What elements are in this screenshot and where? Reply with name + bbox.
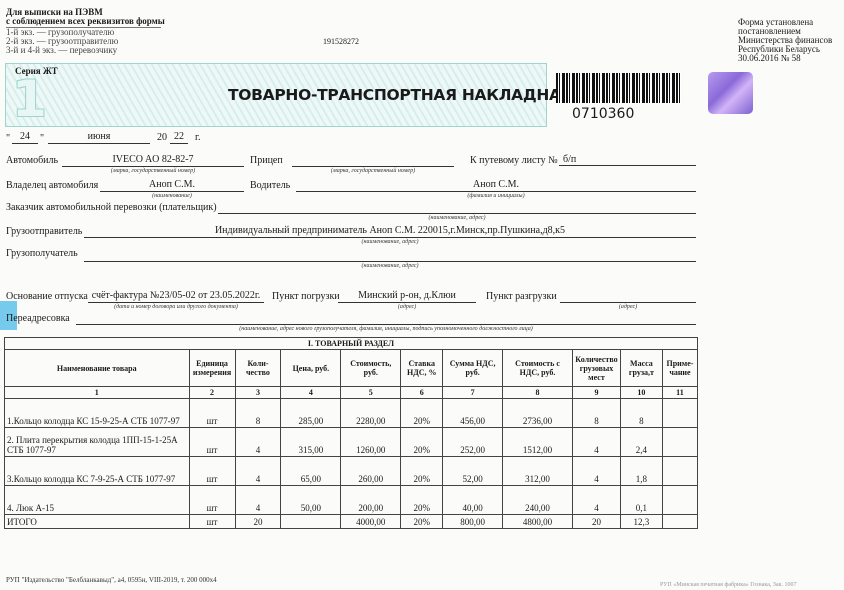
loading-label: Пункт погрузки — [272, 291, 340, 302]
date-day-field[interactable]: 24 — [12, 131, 38, 144]
table-row: 4. Люк А-15шт450,00200,0020%40,00240,004… — [5, 486, 698, 515]
table-cell: 260,00 — [341, 457, 401, 486]
total-cell — [662, 515, 697, 529]
table-cell: 65,00 — [281, 457, 341, 486]
table-cell: 1,8 — [620, 457, 662, 486]
total-cell: шт — [189, 515, 235, 529]
hologram-icon — [708, 72, 753, 114]
table-cell: 1.Кольцо колодца КС 15-9-25-А СТБ 1077-9… — [5, 399, 190, 428]
table-cell: шт — [189, 457, 235, 486]
column-number: 9 — [572, 387, 620, 399]
trailer-field[interactable] — [292, 154, 454, 167]
table-cell: 20% — [401, 486, 443, 515]
copy-number: 1 — [12, 74, 47, 124]
table-cell: 8 — [572, 399, 620, 428]
col-header-note: Приме-чание — [662, 350, 697, 387]
readdress-field[interactable] — [76, 312, 696, 325]
date-quote-open: " — [6, 133, 10, 144]
table-cell: 3.Кольцо колодца КС 7-9-25-А СТБ 1077-97 — [5, 457, 190, 486]
column-number: 4 — [281, 387, 341, 399]
table-cell: 312,00 — [503, 457, 573, 486]
waybill-label: К путевому листу № — [470, 155, 558, 166]
total-cell: 12,3 — [620, 515, 662, 529]
table-cell: 20% — [401, 399, 443, 428]
trailer-hint: (марка, государственный номер) — [292, 168, 454, 174]
loading-field[interactable]: Минский р-он, д.Клюи — [338, 290, 476, 303]
table-cell: 315,00 — [281, 428, 341, 457]
col-header-vat-sum: Сумма НДС, руб. — [443, 350, 503, 387]
table-cell: 2736,00 — [503, 399, 573, 428]
table-row: 1.Кольцо колодца КС 15-9-25-А СТБ 1077-9… — [5, 399, 698, 428]
instruction-line-2: с соблюдением всех реквизитов формы — [6, 16, 165, 26]
consignee-hint: (наименование, адрес) — [84, 263, 696, 269]
readdress-hint: (наименование, адрес нового грузополучат… — [76, 326, 696, 332]
col-header-places: Количество грузовых мест — [572, 350, 620, 387]
table-cell: 285,00 — [281, 399, 341, 428]
col-header-cost-vat: Стоимость с НДС, руб. — [503, 350, 573, 387]
column-number: 1 — [5, 387, 190, 399]
col-header-name: Наименование товара — [5, 350, 190, 387]
goods-table: I. ТОВАРНЫЙ РАЗДЕЛ Наименование товара Е… — [4, 337, 698, 529]
table-cell: 240,00 — [503, 486, 573, 515]
customer-field[interactable] — [218, 201, 696, 214]
total-cell: 4800,00 — [503, 515, 573, 529]
vehicle-label: Автомобиль — [6, 155, 58, 166]
vehicle-field[interactable]: IVECO AO 82-82-7 — [62, 154, 244, 167]
basis-hint: (дата и номер договора или другого докум… — [88, 304, 264, 310]
table-cell: 2280,00 — [341, 399, 401, 428]
table-cell: 200,00 — [341, 486, 401, 515]
table-cell: 20% — [401, 428, 443, 457]
total-cell: 20 — [235, 515, 281, 529]
col-header-weight: Масса груза,т — [620, 350, 662, 387]
customer-hint: (наименование, адрес) — [218, 215, 696, 221]
col-header-qty: Коли-чество — [235, 350, 281, 387]
owner-label: Владелец автомобиля — [6, 180, 98, 191]
waybill-field[interactable]: б/п — [559, 154, 696, 166]
unloading-field[interactable] — [560, 290, 696, 303]
unp-number: 191528272 — [323, 37, 359, 46]
table-cell: 1260,00 — [341, 428, 401, 457]
driver-hint: (фамилия и инициалы) — [296, 193, 696, 199]
table-cell: 4 — [235, 457, 281, 486]
table-cell: 456,00 — [443, 399, 503, 428]
trailer-label: Прицеп — [250, 155, 283, 166]
unloading-label: Пункт разгрузки — [486, 291, 557, 302]
shipper-hint: (наименование, адрес) — [84, 239, 696, 245]
col-header-unit: Единица измерения — [189, 350, 235, 387]
date-month-field[interactable]: июня — [48, 131, 150, 144]
owner-field[interactable]: Аноп С.М. — [100, 179, 244, 192]
table-cell: 0,1 — [620, 486, 662, 515]
table-cell: 4 — [572, 486, 620, 515]
shipper-label: Грузоотправитель — [6, 226, 82, 237]
column-number: 7 — [443, 387, 503, 399]
total-row: ИТОГОшт204000,0020%800,004800,002012,3 — [5, 515, 698, 529]
form-note-line: 30.06.2016 № 58 — [738, 54, 832, 63]
driver-field[interactable]: Аноп С.М. — [296, 179, 696, 192]
table-cell: шт — [189, 399, 235, 428]
basis-field[interactable]: счёт-фактура №23/05-02 от 23.05.2022г. — [88, 290, 264, 303]
table-cell: 1512,00 — [503, 428, 573, 457]
table-row: 3.Кольцо колодца КС 7-9-25-А СТБ 1077-97… — [5, 457, 698, 486]
table-cell: 52,00 — [443, 457, 503, 486]
col-header-vat-rate: Ставка НДС, % — [401, 350, 443, 387]
table-cell: 8 — [620, 399, 662, 428]
table-cell: 50,00 — [281, 486, 341, 515]
table-cell — [662, 399, 697, 428]
barcode-number: 0710360 — [572, 106, 634, 122]
total-cell — [281, 515, 341, 529]
table-cell — [662, 428, 697, 457]
table-cell: 20% — [401, 457, 443, 486]
barcode-icon — [556, 73, 681, 103]
table-cell: 4 — [235, 486, 281, 515]
total-cell: 800,00 — [443, 515, 503, 529]
driver-label: Водитель — [250, 180, 290, 191]
customer-label: Заказчик автомобильной перевозки (плател… — [6, 202, 217, 213]
print-instructions: Для выписки на ПЭВМ с соблюдением всех р… — [6, 8, 165, 55]
total-cell: ИТОГО — [5, 515, 190, 529]
table-cell — [662, 457, 697, 486]
col-header-cost: Стоимость, руб. — [341, 350, 401, 387]
table-row: 2. Плита перекрытия колодца 1ПП-15-1-25А… — [5, 428, 698, 457]
consignee-label: Грузополучатель — [6, 248, 78, 259]
table-cell: 2,4 — [620, 428, 662, 457]
basis-label: Основание отпуска — [6, 291, 88, 302]
table-cell: шт — [189, 486, 235, 515]
total-cell: 4000,00 — [341, 515, 401, 529]
readdress-label: Переадресовка — [6, 313, 70, 324]
consignee-field[interactable] — [84, 249, 696, 262]
table-cell: шт — [189, 428, 235, 457]
column-number: 5 — [341, 387, 401, 399]
column-number: 11 — [662, 387, 697, 399]
goods-section-title: I. ТОВАРНЫЙ РАЗДЕЛ — [5, 338, 698, 350]
table-cell: 40,00 — [443, 486, 503, 515]
table-cell: 2. Плита перекрытия колодца 1ПП-15-1-25А… — [5, 428, 190, 457]
col-header-price: Цена, руб. — [281, 350, 341, 387]
copy-3-4-note: 3-й и 4-й экз. — перевозчику — [6, 46, 165, 55]
shipper-field[interactable]: Индивидуальный предприниматель Аноп С.М.… — [84, 225, 696, 238]
vehicle-hint: (марка, государственный номер) — [62, 168, 244, 174]
date-year-field[interactable]: 22 — [170, 131, 188, 144]
column-number: 8 — [503, 387, 573, 399]
table-cell — [662, 486, 697, 515]
owner-hint: (наименование) — [100, 193, 244, 199]
total-cell: 20 — [572, 515, 620, 529]
table-cell: 4 — [572, 457, 620, 486]
printer-imprint: РУП "Издательство "Белбланкавыд", а4, 05… — [6, 576, 217, 584]
printer-imprint-right: РУП «Минская печатная фабрика» Гознака, … — [660, 582, 797, 588]
column-number: 10 — [620, 387, 662, 399]
column-numbers-row: 1234567891011 — [5, 387, 698, 399]
table-cell: 4 — [235, 428, 281, 457]
total-cell: 20% — [401, 515, 443, 529]
form-approval-note: Форма установлена постановлением Министе… — [738, 18, 832, 63]
table-cell: 4. Люк А-15 — [5, 486, 190, 515]
column-number: 6 — [401, 387, 443, 399]
date-quote-close: " — [40, 133, 44, 144]
table-cell: 8 — [235, 399, 281, 428]
date-year-prefix: 20 — [157, 132, 167, 143]
document-title: ТОВАРНО-ТРАНСПОРТНАЯ НАКЛАДНАЯ — [228, 86, 572, 104]
unloading-hint: (адрес) — [560, 304, 696, 310]
loading-hint: (адрес) — [338, 304, 476, 310]
table-cell: 252,00 — [443, 428, 503, 457]
column-number: 2 — [189, 387, 235, 399]
column-number: 3 — [235, 387, 281, 399]
date-suffix: г. — [195, 132, 200, 143]
table-cell: 4 — [572, 428, 620, 457]
